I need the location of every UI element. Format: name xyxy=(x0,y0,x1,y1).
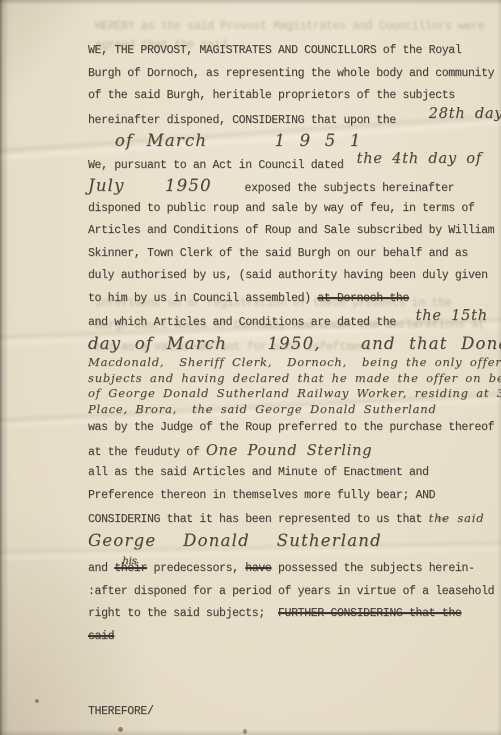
typewritten-text: :after disponed for a period of years in… xyxy=(88,585,494,598)
typewritten-text: disponed to public roup and sale by way … xyxy=(88,202,475,215)
typewritten-text: right to the said subjects; xyxy=(88,607,278,620)
doc-line: Burgh of Dornoch, as representing the wh… xyxy=(88,63,501,86)
doc-line: of George Donald Sutherland Railway Work… xyxy=(88,386,501,402)
typewritten-text: of the said Burgh, heritable proprietors… xyxy=(88,89,455,102)
paper-stain xyxy=(118,727,123,732)
doc-line: Macdonald, Sheriff Clerk, Dornoch, being… xyxy=(88,355,501,371)
typewritten-text: Skinner, Town Clerk of the said Burgh on… xyxy=(88,247,468,260)
doc-line: to him by us in Council assembled) at Do… xyxy=(88,288,501,311)
doc-line: all as the said Articles and Minute of E… xyxy=(88,462,501,485)
handwritten-text: the 15th xyxy=(416,308,488,324)
struck-through-text: said xyxy=(88,630,114,643)
typewritten-text: CONSIDERING that it has been represented… xyxy=(88,513,429,526)
handwritten-text: Place, Brora, the said George Donald Sut… xyxy=(88,402,437,416)
document-body: WE, THE PROVOST, MAGISTRATES AND COUNCIL… xyxy=(88,40,501,724)
typewritten-text: THEREFORE/ xyxy=(88,705,154,718)
doc-line: disponed to public roup and sale by way … xyxy=(88,198,501,221)
handwritten-text: of George Donald Sutherland Railway Work… xyxy=(88,386,501,400)
typewritten-text: Preference thereon in themselves more fu… xyxy=(88,489,435,502)
typewritten-text: at the feuduty of xyxy=(88,446,206,459)
doc-line: at the feuduty of One Pound Sterling xyxy=(88,440,501,463)
typewritten-text: duly authorised by us, (said authority h… xyxy=(88,269,488,282)
struck-through-text: at Dornoch the xyxy=(317,292,409,305)
handwritten-text: One Pound Sterling xyxy=(206,443,372,459)
doc-line: :after disponed for a period of years in… xyxy=(88,581,501,604)
handwritten-text: of March 1 9 5 1 xyxy=(88,131,362,150)
handwritten-text: the 4th day of xyxy=(357,151,482,167)
doc-line: duly authorised by us, (said authority h… xyxy=(88,265,501,288)
doc-line: Preference thereon in themselves more fu… xyxy=(88,485,501,508)
doc-line: Place, Brora, the said George Donald Sut… xyxy=(88,402,501,418)
doc-line: was by the Judge of the Roup preferred t… xyxy=(88,417,501,440)
handwritten-text: George Donald Sutherland xyxy=(88,531,382,550)
handwritten-text: day of March 1950, and that Donald xyxy=(88,334,501,353)
typewritten-text: Articles and Conditions of Roup and Sale… xyxy=(88,224,494,237)
typewritten-text: possessed the subjects herein- xyxy=(271,562,474,575)
typewritten-text: Burgh of Dornoch, as representing the wh… xyxy=(88,67,494,80)
struck-through-text: FURTHER CONSIDERING that the xyxy=(278,607,461,620)
typewritten-text: exposed the subjects hereinafter xyxy=(212,182,454,195)
doc-line: George Donald Sutherland xyxy=(88,530,501,553)
handwritten-insertion: his xyxy=(122,550,136,573)
doc-line: subjects and having declared that he mad… xyxy=(88,371,501,387)
doc-line: right to the said subjects; FURTHER CONS… xyxy=(88,603,501,626)
doc-line: said xyxy=(88,626,501,649)
handwritten-text: the said xyxy=(429,511,485,525)
struck-through-text: theirhis xyxy=(114,562,147,575)
doc-line: of March 1 9 5 1 xyxy=(88,130,501,153)
handwritten-text: subjects and having declared that he mad… xyxy=(88,371,501,385)
typewritten-text: hereinafter disponed, CONSIDERING that u… xyxy=(88,114,429,127)
handwritten-text: Macdonald, Sheriff Clerk, Dornoch, being… xyxy=(88,355,501,369)
doc-line: day of March 1950, and that Donald xyxy=(88,333,501,356)
doc-line: hereinafter disponed, CONSIDERING that u… xyxy=(88,108,501,131)
doc-line: THEREFORE/ xyxy=(88,701,501,724)
typewritten-text: and which Articles and Conditions are da… xyxy=(88,316,416,329)
typewritten-text: to him by us in Council assembled) xyxy=(88,292,317,305)
handwritten-text: 28th day xyxy=(429,106,501,122)
doc-line: and which Articles and Conditions are da… xyxy=(88,310,501,333)
struck-through-text: have xyxy=(245,562,271,575)
doc-line: WE, THE PROVOST, MAGISTRATES AND COUNCIL… xyxy=(88,40,501,63)
doc-line: We, pursuant to an Act in Council dated … xyxy=(88,153,501,176)
doc-line: CONSIDERING that it has been represented… xyxy=(88,507,501,530)
handwritten-text: July 1950 xyxy=(88,176,212,195)
doc-line: Articles and Conditions of Roup and Sale… xyxy=(88,220,501,243)
typewritten-text: was by the Judge of the Roup preferred t… xyxy=(88,421,494,434)
paper-stain xyxy=(35,699,39,703)
scanned-document-page: { "page": { "kind": "typewritten legal d… xyxy=(0,0,501,735)
typewritten-text: and xyxy=(88,562,114,575)
typewritten-text: We, pursuant to an Act in Council dated xyxy=(88,159,357,172)
doc-line: Skinner, Town Clerk of the said Burgh on… xyxy=(88,243,501,266)
typewritten-text: WE, THE PROVOST, MAGISTRATES AND COUNCIL… xyxy=(88,44,461,57)
typewritten-text: predecessors, xyxy=(147,562,245,575)
doc-line: and theirhis predecessors, have possesse… xyxy=(88,558,501,581)
doc-line: of the said Burgh, heritable proprietors… xyxy=(88,85,501,108)
bleed-through-text: HEREBY as the said Provost Magistrates a… xyxy=(95,20,484,33)
paper-stain xyxy=(243,729,247,734)
typewritten-text: all as the said Articles and Minute of E… xyxy=(88,466,429,479)
doc-line: July 1950 exposed the subjects hereinaft… xyxy=(88,175,501,198)
